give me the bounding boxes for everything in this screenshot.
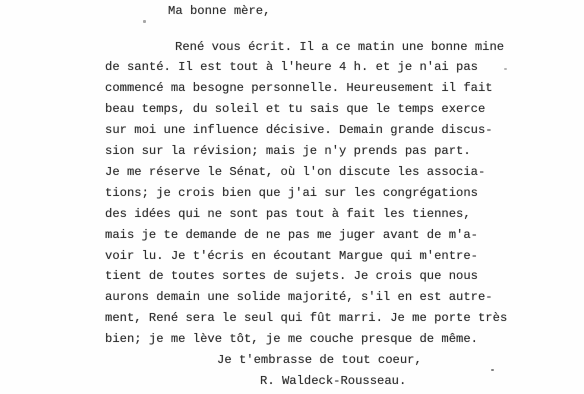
letter-line: bien; je me lève tôt, je me couche presq…: [105, 329, 545, 350]
letter-page: Ma bonne mère, René vous écrit. Il a ce …: [0, 0, 584, 394]
letter-line: tient de toutes sortes de sujets. Je cro…: [105, 266, 545, 287]
letter-line: sur moi une influence décisive. Demain g…: [105, 120, 545, 141]
letter-closing: Je t'embrasse de tout coeur,: [217, 350, 422, 371]
letter-line: de santé. Il est tout à l'heure 4 h. et …: [105, 57, 545, 78]
letter-salutation: Ma bonne mère,: [168, 1, 270, 22]
letter-line: beau temps, du soleil et tu sais que le …: [105, 99, 545, 120]
letter-signature: R. Waldeck-Rousseau.: [260, 371, 406, 392]
letter-line: des idées qui ne sont pas tout à fait le…: [105, 204, 545, 225]
letter-line: mais je te demande de ne pas me juger av…: [105, 225, 545, 246]
letter-line: Je me réserve le Sénat, où l'on discute …: [105, 162, 545, 183]
scan-speck: [143, 20, 146, 23]
letter-line: tions; je crois bien que j'ai sur les co…: [105, 183, 545, 204]
letter-line: René vous écrit. Il a ce matin une bonne…: [105, 37, 545, 58]
letter-line: ment, René sera le seul qui fût marri. J…: [105, 308, 545, 329]
letter-line: commencé ma besogne personnelle. Heureus…: [105, 78, 545, 99]
letter-line: aurons demain une solide majorité, s'il …: [105, 287, 545, 308]
letter-line: sion sur la révision; mais je n'y prends…: [105, 141, 545, 162]
letter-line: voir lu. Je t'écris en écoutant Margue q…: [105, 246, 545, 267]
letter-body: René vous écrit. Il a ce matin une bonne…: [105, 37, 545, 351]
scan-speck: [491, 369, 494, 371]
